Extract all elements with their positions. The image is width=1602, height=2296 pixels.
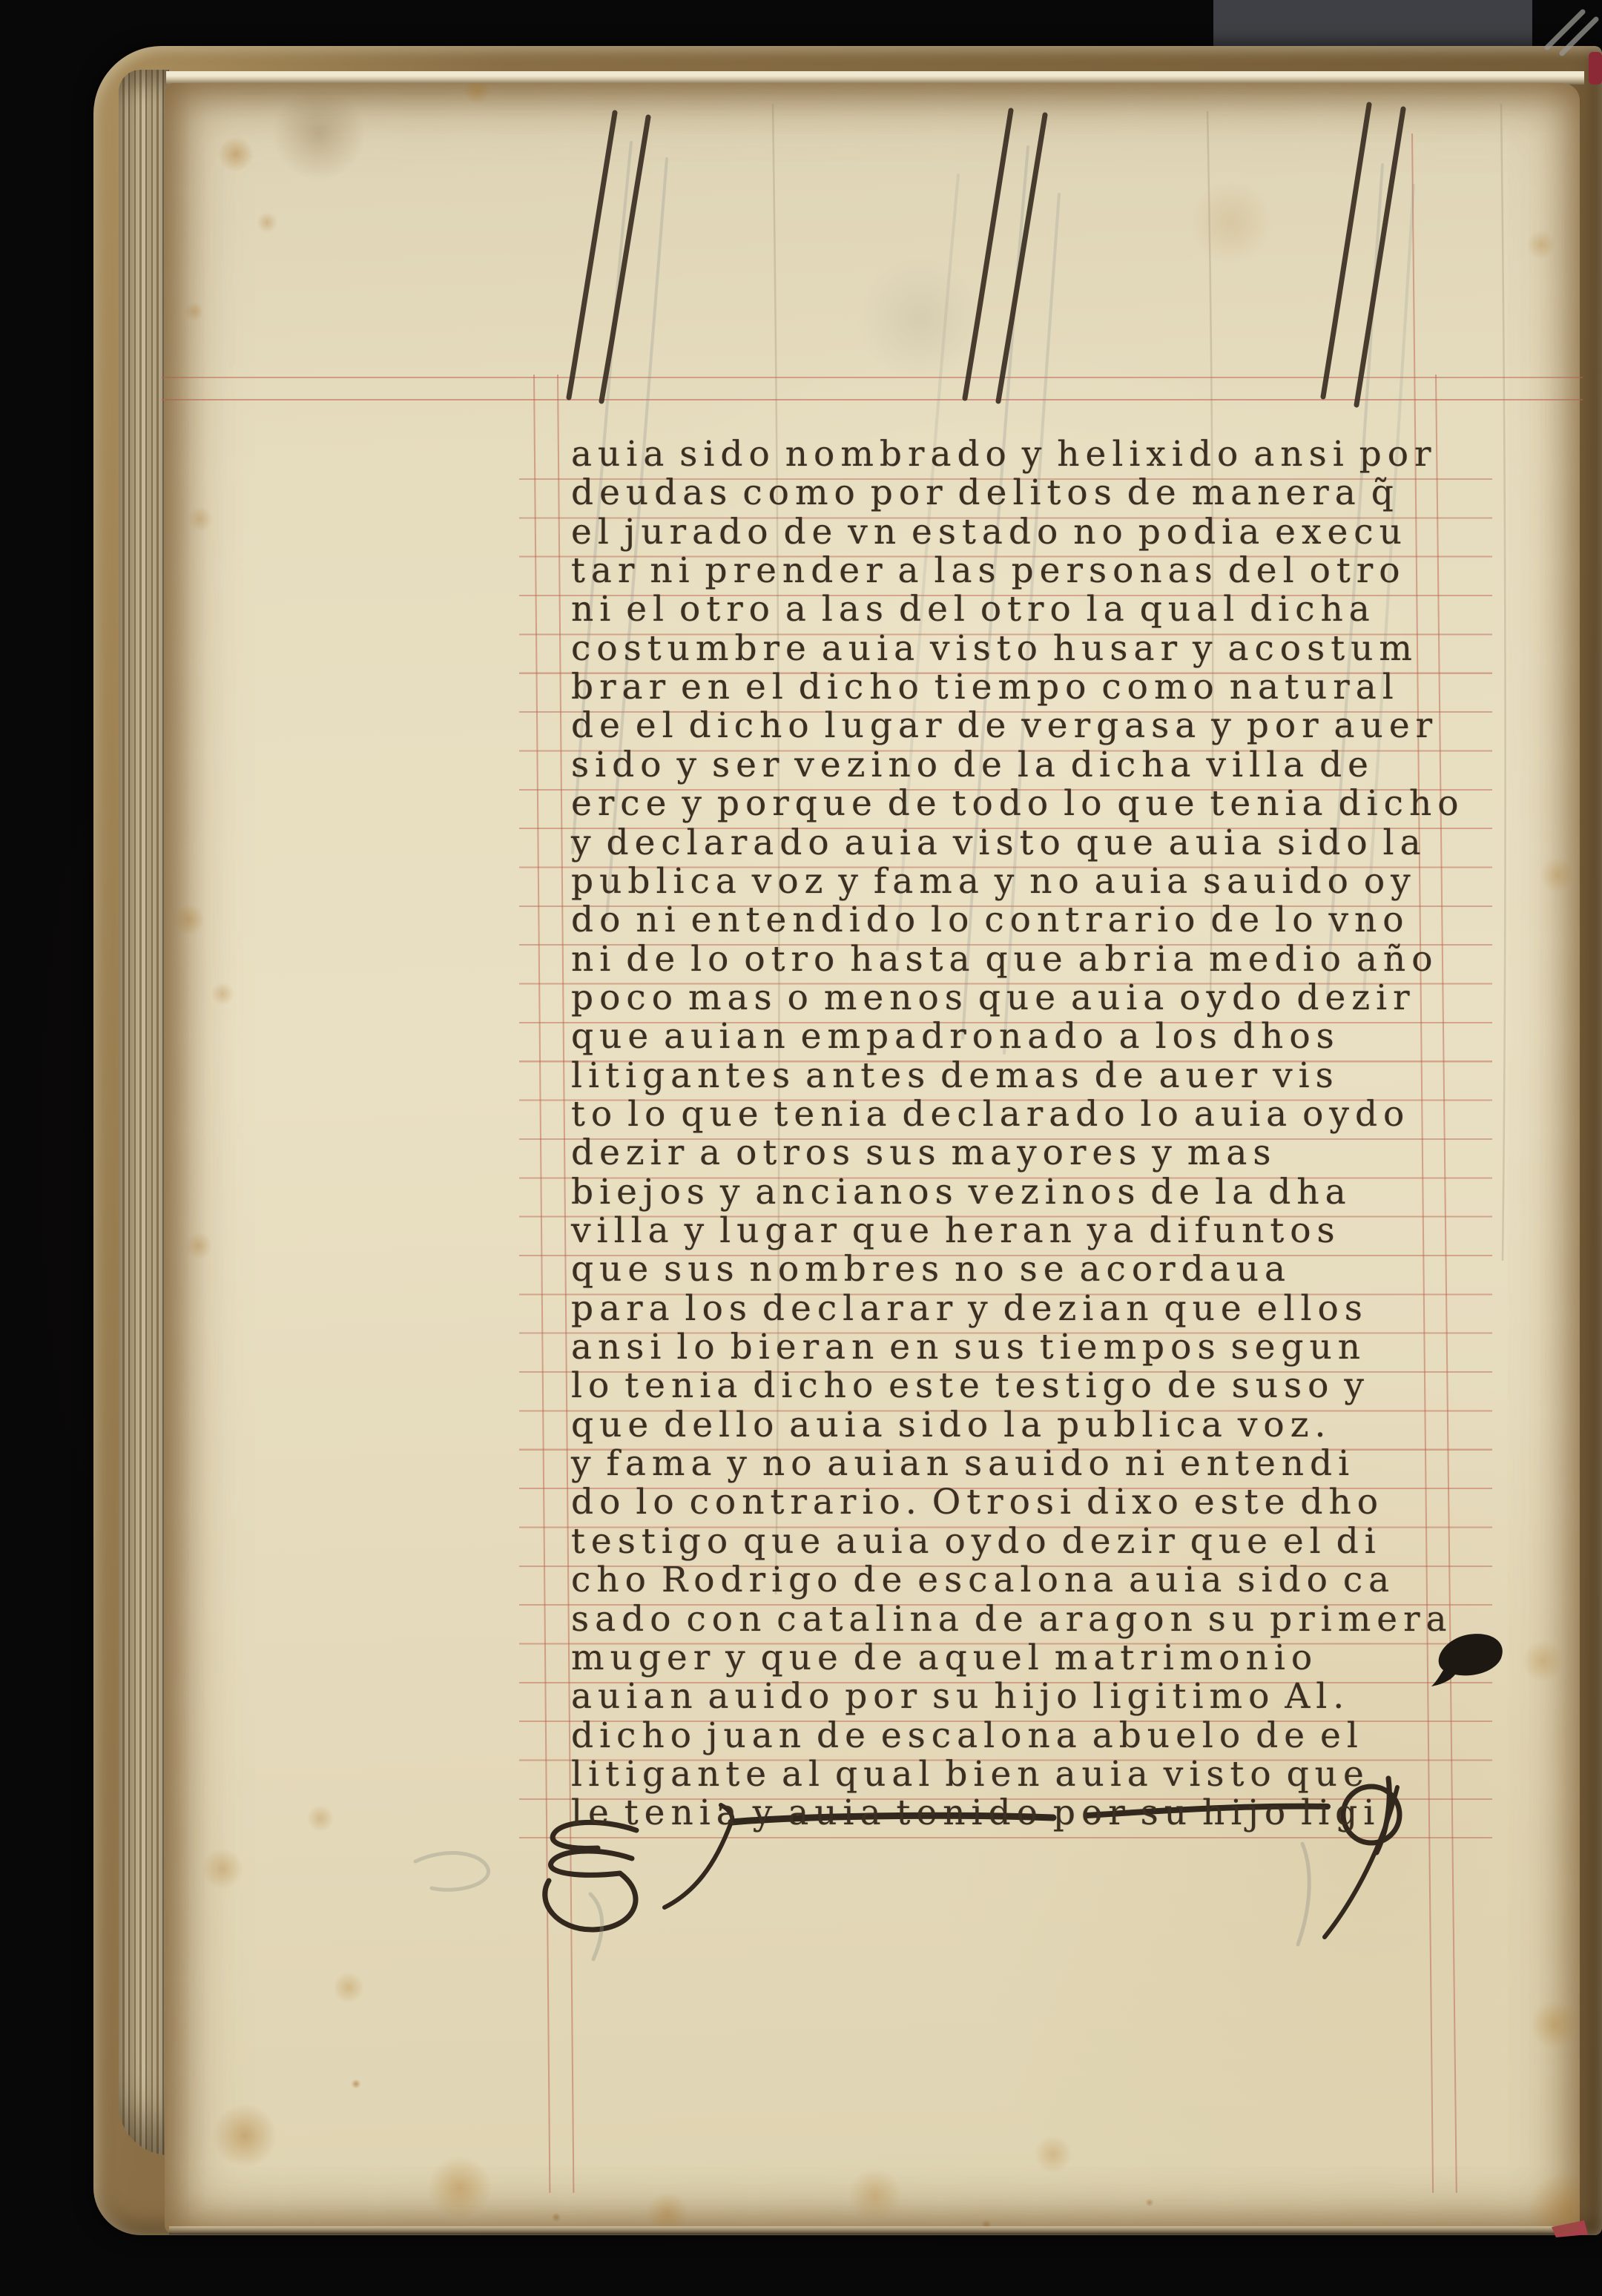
ink-blot bbox=[1431, 1634, 1503, 1686]
paraph-loop bbox=[1325, 1778, 1400, 1937]
pencil-ghost-marks bbox=[573, 142, 1414, 1053]
red-cloth-corner bbox=[1552, 2220, 1588, 2237]
gray-streaks bbox=[1547, 12, 1596, 53]
screenshot-root: { "document": { "description_label": "Bo… bbox=[0, 0, 1602, 2296]
closing-flourish bbox=[545, 1778, 1400, 1937]
line-filler-dashes bbox=[665, 1805, 1328, 1907]
ink-marks-layer bbox=[0, 0, 1602, 2296]
top-slash-marks bbox=[569, 105, 1403, 405]
rubric-flourish bbox=[545, 1822, 636, 1930]
red-object-top-right bbox=[1589, 52, 1602, 85]
crease-lines bbox=[773, 104, 1506, 1594]
